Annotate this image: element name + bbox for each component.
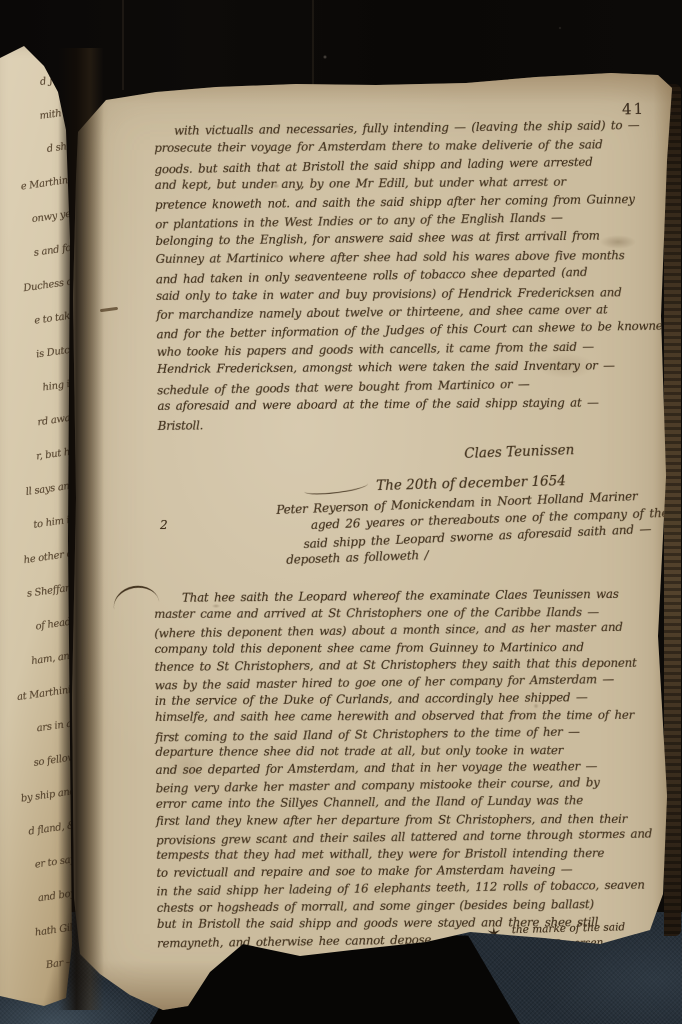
deponent-signature-claes: Claes Teunissen: [464, 442, 575, 462]
manuscript-line: departure thence shee did not trade at a…: [155, 741, 671, 760]
manuscript-line: tempests that they had met withall, they…: [156, 845, 672, 864]
backdrop-seam: [312, 0, 314, 90]
paragraph-flourish: [111, 582, 160, 610]
manuscript-page: 41 with victualls and necessaries, fully…: [66, 66, 678, 1018]
flourish-stroke: [304, 479, 369, 496]
manuscript-line: company told this deponent shee came fro…: [154, 638, 670, 657]
previous-page-edge: d Janallmith alld shipe Marthinisonwy ye…: [0, 40, 80, 1016]
stacked-page-edges: [664, 84, 681, 936]
manuscript-line: said only to take in water and buy provi…: [156, 282, 670, 304]
margin-entry-number: 2: [160, 518, 168, 532]
marginal-ink-dash: [100, 307, 118, 312]
backdrop-seam: [122, 0, 124, 90]
deposition-paragraph-2: That hee saith the Leopard whereof the e…: [154, 585, 673, 951]
deposition-paragraph-1: with victualls and necessaries, fully in…: [154, 116, 672, 435]
deponent-introduction-paragraph: Peter Reyerson of Monickendam in Noort H…: [276, 486, 682, 569]
